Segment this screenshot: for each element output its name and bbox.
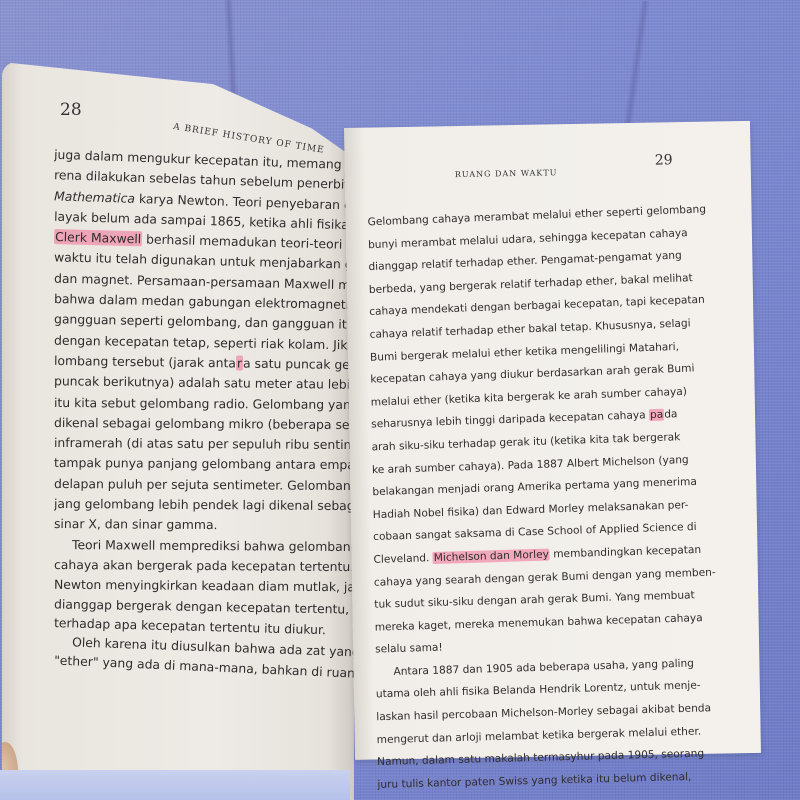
page-number: 28: [60, 100, 82, 120]
text-segment: Antara 1887 dan 1905 ada beberapa usaha,…: [393, 657, 694, 677]
text-segment: cahaya akan bergerak pada kecepatan tert…: [54, 557, 354, 575]
highlighted-text: pa: [649, 409, 665, 422]
text-line: Teori Maxwell memprediksi bahwa gelomban…: [54, 535, 354, 557]
text-segment: da: [664, 409, 678, 421]
text-segment: itu kita sebut gelombang radio. Gelomban…: [54, 395, 354, 413]
text-segment: juru tulis kantor paten Swiss yang ketik…: [377, 771, 691, 791]
text-line: itu kita sebut gelombang radio. Gelomban…: [54, 393, 354, 415]
text-segment: membandingkan kecepatan: [550, 544, 702, 561]
text-segment: Namun, dalam satu makalah termasyhur pad…: [377, 748, 704, 768]
text-segment: jang gelombang lebih pendek lagi dikenal…: [54, 496, 354, 514]
text-segment: gangguan seperti gelombang, dan gangguan…: [54, 312, 354, 334]
text-segment: delapan puluh per sejuta sentimeter. Gel…: [54, 476, 354, 494]
running-head: RUANG DAN WAKTU: [455, 168, 558, 179]
highlighted-text: Clerk Maxwell: [54, 229, 143, 246]
text-segment: a satu puncak gelombang deng: [243, 356, 354, 374]
text-line: delapan puluh per sejuta sentimeter. Gel…: [54, 474, 354, 496]
text-line: dikenal sebagai gelombang mikro (beberap…: [54, 413, 354, 435]
book-cover-edge: [0, 770, 350, 800]
text-segment: Newton menyingkirkan keadaan diam mutlak…: [54, 577, 354, 595]
text-segment: dikenal sebagai gelombang mikro (beberap…: [54, 415, 354, 433]
left-page-text: juga dalam mengukur kecepatan itu, meman…: [54, 150, 354, 678]
text-segment: utama oleh ahli fisika Belanda Hendrik L…: [376, 680, 701, 701]
text-line: jang gelombang lebih pendek lagi dikenal…: [54, 494, 354, 516]
text-line: inframerah (di atas satu per sepuluh rib…: [54, 433, 354, 455]
text-line: puncak berikutnya) adalah satu meter ata…: [54, 371, 354, 395]
highlighted-text: Michelson dan Morley: [433, 548, 550, 564]
right-page: 29 RUANG DAN WAKTU Gelombang cahaya mera…: [344, 121, 761, 760]
text-line: tampak punya panjang gelombang antara em…: [54, 453, 354, 475]
left-page: 28 A BRIEF HISTORY OF TIME juga dalam me…: [2, 62, 354, 800]
text-segment: selalu sama!: [375, 642, 443, 656]
text-line: sinar X, dan sinar gamma.: [54, 514, 354, 536]
right-page-text: Gelombang cahaya merambat melalui ether …: [367, 201, 737, 795]
text-segment: dengan kecepatan tetap, seperti riak kol…: [54, 332, 354, 353]
text-segment: sinar X, dan sinar gamma.: [54, 516, 218, 532]
text-line: cahaya akan bergerak pada kecepatan tert…: [54, 555, 354, 577]
text-segment: inframerah (di atas satu per sepuluh rib…: [54, 435, 354, 453]
text-segment: Cleveland.: [373, 552, 433, 566]
text-segment: tuk sudut siku-siku dengan arah gerak Bu…: [374, 589, 695, 610]
text-segment: tampak punya panjang gelombang antara em…: [54, 455, 354, 472]
text-segment: lombang tersebut (jarak anta: [54, 353, 236, 371]
text-segment: mengerut dan arloji melambat ketika berg…: [377, 725, 702, 746]
text-segment: Teori Maxwell memprediksi bahwa gelomban…: [72, 537, 354, 554]
text-segment: laskan hasil percobaan Michelson-Morley …: [376, 702, 711, 723]
text-segment: puncak berikutnya) adalah satu meter ata…: [54, 373, 354, 392]
page-number: 29: [655, 152, 673, 168]
